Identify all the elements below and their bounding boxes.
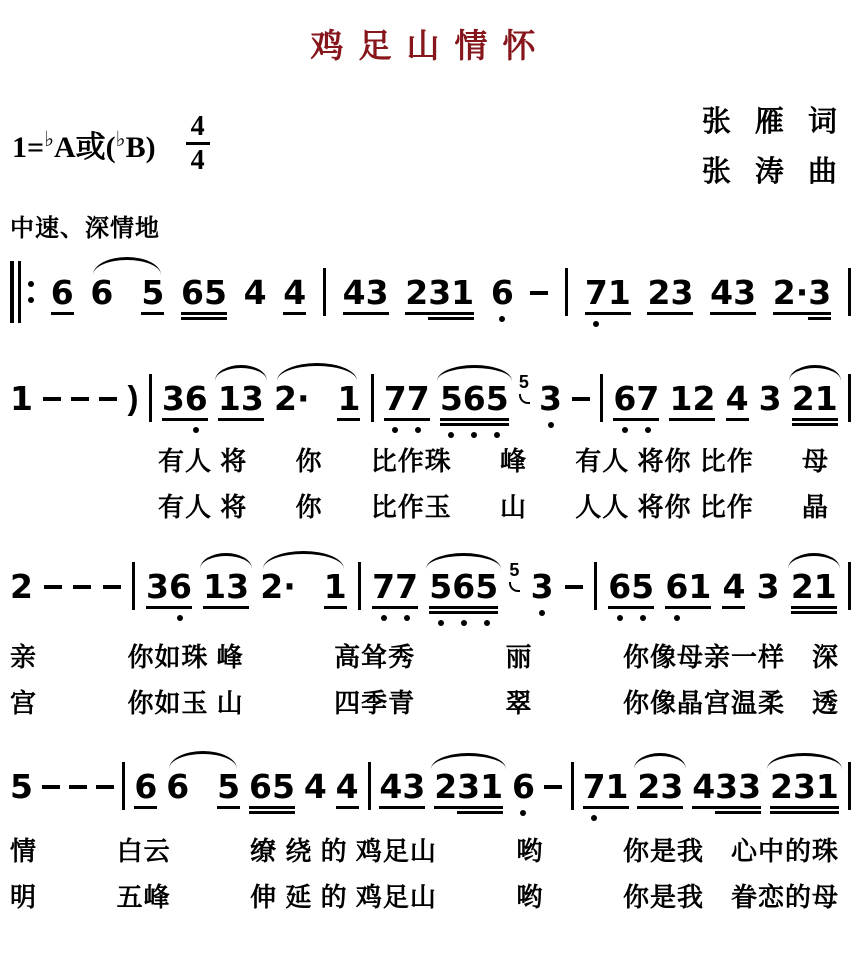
lyric-segment: 高耸秀: [334, 637, 415, 674]
note: 43: [379, 770, 425, 803]
lyric-segment: 五峰: [117, 877, 171, 914]
note: 43: [343, 276, 389, 309]
note: 3: [759, 382, 782, 415]
note-char: 1: [203, 570, 226, 603]
note-char: 1: [669, 382, 692, 415]
lyric-segment: 比作玉: [371, 487, 452, 524]
note-char: 3: [226, 570, 249, 603]
note-char: 5: [272, 770, 295, 803]
note: 23: [637, 770, 683, 803]
note: 67: [613, 382, 659, 415]
note-char: 1: [337, 382, 360, 415]
note-char: 3: [402, 770, 425, 803]
note-char: 5: [217, 770, 240, 803]
barline: [368, 762, 371, 810]
duration-dash: [43, 397, 61, 401]
note-digits: 6: [51, 276, 74, 309]
barline: [848, 562, 851, 610]
note-digits: 2·3: [773, 276, 831, 309]
note: 13: [203, 570, 249, 603]
note: 65: [608, 570, 654, 603]
note-char: 4: [692, 770, 715, 803]
note: 231: [434, 770, 503, 803]
note: 6: [512, 770, 535, 803]
note-char: 6: [608, 570, 631, 603]
note: 1: [337, 382, 360, 415]
note-digits: 3: [539, 382, 562, 415]
note-digits: 71: [585, 276, 631, 309]
note-char: 3: [539, 382, 562, 415]
composer-credit: 张 涛 曲: [702, 148, 837, 198]
duration-dash: [99, 397, 117, 401]
note-char: ·: [283, 570, 296, 603]
note-char: 4: [722, 570, 745, 603]
note-digits: 1: [324, 570, 347, 603]
note-char: 5: [204, 276, 227, 309]
note-char: 4: [336, 770, 359, 803]
note-char: 4: [726, 382, 749, 415]
note-char: 7: [384, 382, 407, 415]
note: 3: [531, 570, 554, 603]
note-char: 4: [379, 770, 402, 803]
note-digits: 67: [613, 382, 659, 415]
note-char: ·: [796, 276, 809, 309]
lyrics-row-verse1-line1: 有人 将你比作珠峰有人 将你 比作母: [158, 441, 829, 478]
note-digits: 565: [429, 570, 498, 603]
lyric-segment: 晶: [802, 487, 829, 524]
note-digits: 5: [10, 770, 33, 803]
lyricist-credit: 张 雁 词: [702, 98, 837, 148]
note-char: 1: [815, 382, 838, 415]
note-digits: 5: [141, 276, 164, 309]
note-char: 2: [647, 276, 670, 309]
note: 43: [710, 276, 756, 309]
key-note-b: B): [126, 131, 156, 165]
note-char: 6: [249, 770, 272, 803]
note-digits: 43: [343, 276, 389, 309]
lyric-segment: 缭 绕 的 鸡足山: [250, 831, 437, 868]
note-char: 4: [710, 276, 733, 309]
repeat-open-sign: [10, 261, 34, 323]
lyric-segment: 情: [10, 831, 37, 868]
slur-group: 2·1: [274, 382, 360, 415]
note: 21: [792, 382, 838, 415]
note-char: 6: [169, 570, 192, 603]
note-char: 6: [512, 770, 535, 803]
note-char: 4: [244, 276, 267, 309]
note-char: 4: [343, 276, 366, 309]
note: 36: [162, 382, 208, 415]
note-char: 2: [637, 770, 660, 803]
repeat-dot-icon: [28, 281, 34, 287]
barline: [600, 374, 603, 422]
meter-denominator: 4: [191, 146, 205, 175]
note-char: 3: [241, 382, 264, 415]
duration-dash: [103, 585, 121, 589]
lyrics-row-verse1-line2: 亲你如珠 峰高耸秀丽你像母亲一样 深: [10, 637, 839, 674]
note-char: 5: [429, 570, 452, 603]
barline: [132, 562, 135, 610]
repeat-barline: [10, 261, 14, 323]
barline: [122, 762, 125, 810]
note-char: 6: [90, 276, 113, 309]
lyric-segment: 母: [802, 441, 829, 478]
slur-group: 65: [166, 770, 240, 803]
note-digits: 65: [608, 570, 654, 603]
lyrics-row-verse2-line2: 宫你如玉 山四季青翠你像晶宫温柔 透: [10, 683, 839, 720]
note-char: 3: [793, 770, 816, 803]
note: 2·: [260, 570, 296, 603]
note: 5: [10, 770, 33, 803]
note-char: 2: [770, 770, 793, 803]
lyric-segment: 有人 将: [158, 441, 247, 478]
duration-dash: [69, 785, 87, 789]
barline: [594, 562, 597, 610]
note: 71: [585, 276, 631, 309]
note-char: 1: [688, 570, 711, 603]
note-digits: 36: [146, 570, 192, 603]
barline: [848, 374, 851, 422]
lyric-segment: 你是我 眷恋的母: [623, 877, 839, 914]
note-char: 6: [613, 382, 636, 415]
note-char: 1: [10, 382, 33, 415]
note-digits: 23: [637, 770, 683, 803]
note: 433: [692, 770, 761, 803]
sheet-music-page: 鸡足山情怀 1=♭A或(♭B) 4 4 张 雁 词 张 涛 曲 中速、深情地 6…: [0, 0, 861, 961]
note-digits: 4: [304, 770, 327, 803]
note-char: 1: [451, 276, 474, 309]
lyric-segment: 你: [295, 487, 322, 524]
note-char: 4: [283, 276, 306, 309]
lyric-segment: 你如玉 山: [127, 683, 243, 720]
note: 4: [304, 770, 327, 803]
time-signature: 4 4: [186, 112, 210, 176]
note-char: 2: [791, 570, 814, 603]
note-digits: 6: [90, 276, 113, 309]
note-digits: 77: [384, 382, 430, 415]
note-char: 3: [733, 276, 756, 309]
lyric-segment: 你是我 心中的珠: [623, 831, 839, 868]
note-char: 6: [134, 770, 157, 803]
note-char: 6: [51, 276, 74, 309]
note: 3: [539, 382, 562, 415]
lyric-segment: 你如珠 峰: [127, 637, 243, 674]
note-char: 6: [185, 382, 208, 415]
note-char: 6: [166, 770, 189, 803]
note: 6: [51, 276, 74, 309]
note-digits: 6: [491, 276, 514, 309]
note-char: 5: [486, 382, 509, 415]
note-char: 3: [428, 276, 451, 309]
note-digits: 565: [440, 382, 509, 415]
note-digits: 2: [10, 570, 33, 603]
note: 2: [10, 570, 33, 603]
note-char: 3: [146, 570, 169, 603]
music-line-2: 1)36132·1775655367124321: [10, 372, 851, 424]
lyric-segment: 有人 将你 比作: [575, 441, 753, 478]
note-digits: 3: [759, 382, 782, 415]
key-signature: 1=♭A或(♭B) 4 4: [12, 112, 210, 176]
note-char: 3: [715, 770, 738, 803]
music-line-4: 566565444323167123433231: [10, 760, 851, 812]
note: 4: [722, 570, 745, 603]
note-digits: 6: [512, 770, 535, 803]
note-char: 1: [608, 276, 631, 309]
note: 5: [141, 276, 164, 309]
note-digits: 231: [434, 770, 503, 803]
note-char: 2: [405, 276, 428, 309]
duration-dash: [42, 785, 60, 789]
note-char: 3: [660, 770, 683, 803]
duration-dash: [71, 397, 89, 401]
note-char: 7: [372, 570, 395, 603]
lyric-segment: 翠: [506, 683, 533, 720]
duration-dash: [530, 291, 548, 295]
lyric-segment: 人人 将你 比作: [575, 487, 753, 524]
music-line-1: 66565444323167123432·3: [10, 266, 851, 318]
note-digits: 12: [669, 382, 715, 415]
lyrics-row-verse1-line3: 情白云缭 绕 的 鸡足山哟你是我 心中的珠: [10, 831, 839, 868]
note-char: 3: [759, 382, 782, 415]
note-char: 7: [585, 276, 608, 309]
close-paren: ): [128, 379, 139, 417]
barline: [371, 374, 374, 422]
lyric-segment: 你像晶宫温柔 透: [623, 683, 839, 720]
note-char: 6: [181, 276, 204, 309]
note-char: 3: [808, 276, 831, 309]
note: 1: [324, 570, 347, 603]
lyric-segment: 你像母亲一样 深: [623, 637, 839, 674]
note: 23: [647, 276, 693, 309]
note: 4: [244, 276, 267, 309]
note: 2·: [274, 382, 310, 415]
note-digits: 65: [181, 276, 227, 309]
lyric-segment: 白云: [117, 831, 171, 868]
note-digits: 231: [405, 276, 474, 309]
lyric-segment: 哟: [516, 877, 543, 914]
lyric-segment: 比作珠: [371, 441, 452, 478]
note: 77: [372, 570, 418, 603]
note-digits: 21: [792, 382, 838, 415]
note-digits: 433: [692, 770, 761, 803]
note-digits: 4: [336, 770, 359, 803]
tempo-marking: 中速、深情地: [10, 208, 160, 243]
lyric-segment: 哟: [516, 831, 543, 868]
grace-note: 5: [519, 372, 529, 393]
note-digits: 3: [531, 570, 554, 603]
barline: [848, 762, 851, 810]
note-digits: 1: [10, 382, 33, 415]
note: 77: [384, 382, 430, 415]
lyric-segment: 亲: [10, 637, 37, 674]
note-digits: 2·: [260, 570, 296, 603]
note-char: ·: [297, 382, 310, 415]
note: 21: [791, 570, 837, 603]
note-char: 1: [816, 770, 839, 803]
note-char: 5: [141, 276, 164, 309]
note-char: 2: [792, 382, 815, 415]
lyrics-row-verse2-line1: 有人 将你比作玉山人人 将你 比作晶: [158, 487, 829, 524]
flat-icon: ♭: [116, 126, 126, 152]
note-char: 1: [324, 570, 347, 603]
flat-icon: ♭: [44, 126, 54, 152]
note-digits: 5: [217, 770, 240, 803]
note: 65: [181, 276, 227, 309]
duration-dash: [44, 585, 62, 589]
note-char: 2: [274, 382, 297, 415]
repeat-barline: [18, 261, 21, 323]
note-subdivision: 3: [808, 276, 831, 309]
lyric-segment: 宫: [10, 683, 37, 720]
note-digits: 6: [166, 770, 189, 803]
barline: [848, 268, 851, 316]
lyric-segment: 明: [10, 877, 37, 914]
note: 61: [665, 570, 711, 603]
lyric-segment: 山: [500, 487, 527, 524]
note: 12: [669, 382, 715, 415]
duration-dash: [96, 785, 114, 789]
lyric-segment: 伸 延 的 鸡足山: [250, 877, 437, 914]
note-char: 1: [480, 770, 503, 803]
lyric-segment: 峰: [500, 441, 527, 478]
music-line-3: 236132·1775655365614321: [10, 560, 851, 612]
note-digits: 6: [134, 770, 157, 803]
barline: [149, 374, 152, 422]
duration-dash: [544, 785, 562, 789]
grace-note: 5: [509, 560, 519, 581]
lyric-segment: 丽: [506, 637, 533, 674]
note-char: 6: [463, 382, 486, 415]
note-char: 6: [452, 570, 475, 603]
note-char: 2: [434, 770, 457, 803]
key-text: 1=♭A或(♭B): [12, 122, 156, 166]
song-title: 鸡足山情怀: [0, 20, 861, 67]
note-char: 5: [440, 382, 463, 415]
repeat-dot-icon: [28, 297, 34, 303]
note-digits: 4: [283, 276, 306, 309]
note-digits: 3: [757, 570, 780, 603]
note: 13: [218, 382, 264, 415]
duration-dash: [565, 585, 583, 589]
note-char: 2: [692, 382, 715, 415]
note-digits: 43: [710, 276, 756, 309]
note-digits: 13: [218, 382, 264, 415]
note: 36: [146, 570, 192, 603]
note-char: 3: [162, 382, 185, 415]
note: 1: [10, 382, 33, 415]
note-digits: 13: [203, 570, 249, 603]
repeat-dots: [28, 281, 34, 303]
key-tonic: 1=: [12, 131, 44, 165]
note-char: 7: [407, 382, 430, 415]
note-digits: 71: [583, 770, 629, 803]
note-char: 2: [773, 276, 796, 309]
note-subdivision: 31: [428, 276, 474, 309]
barline: [565, 268, 568, 316]
note-subdivision: 31: [457, 770, 503, 803]
note: 4: [726, 382, 749, 415]
duration-dash: [73, 585, 91, 589]
duration-dash: [572, 397, 590, 401]
note-char: 1: [606, 770, 629, 803]
note-char: 6: [491, 276, 514, 309]
note: 5: [217, 770, 240, 803]
lyrics-row-verse2-line3: 明五峰伸 延 的 鸡足山哟你是我 眷恋的母: [10, 877, 839, 914]
note-char: 6: [665, 570, 688, 603]
lyric-segment: 四季青: [334, 683, 415, 720]
note: 6: [90, 276, 113, 309]
note-char: 7: [636, 382, 659, 415]
barline: [323, 268, 326, 316]
note-char: 3: [757, 570, 780, 603]
note: 4: [336, 770, 359, 803]
note-char: 7: [583, 770, 606, 803]
note-char: 5: [475, 570, 498, 603]
note-char: 2: [10, 570, 33, 603]
note-char: 5: [631, 570, 654, 603]
slur-group: 65: [90, 276, 164, 309]
barline: [571, 762, 574, 810]
note-digits: 61: [665, 570, 711, 603]
key-note-a: A或(: [54, 122, 116, 166]
note: 2·3: [773, 276, 831, 309]
lyric-segment: 你: [295, 441, 322, 478]
barline: [358, 562, 361, 610]
note-digits: 36: [162, 382, 208, 415]
note-digits: 77: [372, 570, 418, 603]
note-digits: 43: [379, 770, 425, 803]
note: 231: [405, 276, 474, 309]
meter-numerator: 4: [191, 112, 205, 141]
note: 6: [491, 276, 514, 309]
note-char: 3: [457, 770, 480, 803]
note-digits: 4: [726, 382, 749, 415]
note-digits: 1: [337, 382, 360, 415]
note-char: 1: [218, 382, 241, 415]
note-char: 1: [814, 570, 837, 603]
note: 565: [440, 382, 509, 415]
lyric-segment: 有人 将: [158, 487, 247, 524]
note-digits: 21: [791, 570, 837, 603]
note-char: 3: [531, 570, 554, 603]
note-digits: 4: [722, 570, 745, 603]
note: 231: [770, 770, 839, 803]
note-digits: 65: [249, 770, 295, 803]
slur-group: 2·1: [260, 570, 346, 603]
note: 3: [757, 570, 780, 603]
note-digits: 23: [647, 276, 693, 309]
note-char: 7: [395, 570, 418, 603]
note: 71: [583, 770, 629, 803]
note-digits: 4: [244, 276, 267, 309]
note-digits: 2·: [274, 382, 310, 415]
note: 6: [134, 770, 157, 803]
note-char: 3: [738, 770, 761, 803]
note: 565: [429, 570, 498, 603]
note-digits: 231: [770, 770, 839, 803]
note-subdivision: 33: [715, 770, 761, 803]
note-char: 2: [260, 570, 283, 603]
credits: 张 雁 词 张 涛 曲: [702, 98, 837, 198]
note-char: 3: [366, 276, 389, 309]
note-char: 4: [304, 770, 327, 803]
note: 6: [166, 770, 189, 803]
note-char: 3: [670, 276, 693, 309]
note: 65: [249, 770, 295, 803]
note: 4: [283, 276, 306, 309]
note-char: 5: [10, 770, 33, 803]
